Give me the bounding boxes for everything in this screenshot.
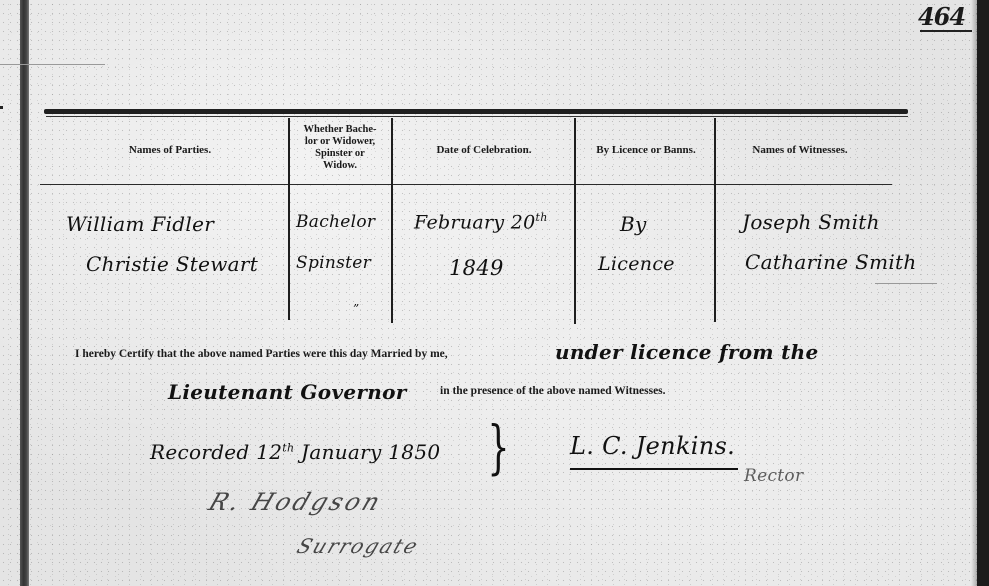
page-number: 464 (918, 2, 965, 31)
celebration-date-month-day: February 20 (414, 211, 536, 233)
witness-1-name: Joseph Smith (742, 210, 880, 234)
registrar-signature: R. Hodgson (205, 488, 387, 516)
register-page: 464 Names of Parties. Whether Bache- lor… (0, 0, 989, 586)
recorded-brace: } (487, 418, 509, 476)
header-condition: Whether Bache- lor or Widower, Spinster … (290, 124, 390, 172)
celebration-date: February 20th (414, 211, 548, 233)
recorded-ordinal: th (282, 441, 294, 454)
header-condition-line: Whether Bache- (290, 124, 390, 136)
binding-edge (20, 0, 29, 586)
registrar-title: Surrogate (294, 534, 423, 558)
recorded-prefix: Recorded 12 (150, 440, 282, 464)
certify-handwritten-text: under licence from the (555, 340, 819, 364)
party-groom-name: William Fidler (66, 212, 214, 236)
header-condition-line: Spinster or (290, 148, 390, 160)
header-witnesses: Names of Witnesses. (720, 144, 880, 156)
table-top-rule (44, 109, 908, 114)
certify-handwritten-authority: Lieutenant Governor (168, 380, 407, 404)
certify-printed-text: I hereby Certify that the above named Pa… (75, 348, 448, 360)
table-header-rule (40, 184, 892, 185)
bride-condition: Spinster (296, 253, 371, 273)
celebration-date-ordinal: th (536, 211, 548, 224)
page-number-underline (920, 30, 972, 32)
margin-mark (0, 106, 3, 109)
witness-underline (875, 283, 937, 284)
officiant-signature: L. C. Jenkins. (570, 432, 735, 460)
header-licence-or-banns: By Licence or Banns. (577, 144, 715, 156)
witness-2-name: Catharine Smith (745, 250, 917, 274)
scan-noise (0, 0, 989, 586)
officiant-signature-underline (570, 468, 738, 470)
licence-type: Licence (598, 253, 675, 275)
party-bride-name: Christie Stewart (86, 252, 258, 276)
column-divider (391, 118, 393, 323)
table-top-rule-thin (46, 116, 908, 117)
header-date-of-celebration: Date of Celebration. (394, 144, 574, 156)
recorded-rest: January 1850 (301, 440, 440, 464)
ditto-mark: ” (353, 302, 359, 316)
header-condition-line: lor or Widower, (290, 136, 390, 148)
licence-by: By (620, 212, 647, 236)
scan-right-border (977, 0, 989, 586)
certify-witness-text: in the presence of the above named Witne… (440, 385, 666, 397)
recorded-date: Recorded 12th January 1850 (150, 440, 440, 464)
celebration-year: 1849 (449, 256, 504, 280)
groom-condition: Bachelor (296, 212, 375, 232)
column-divider (574, 118, 576, 324)
officiant-title: Rector (744, 466, 803, 486)
faint-rule (0, 64, 105, 65)
header-names-of-parties: Names of Parties. (60, 144, 280, 156)
header-condition-line: Widow. (290, 160, 390, 172)
